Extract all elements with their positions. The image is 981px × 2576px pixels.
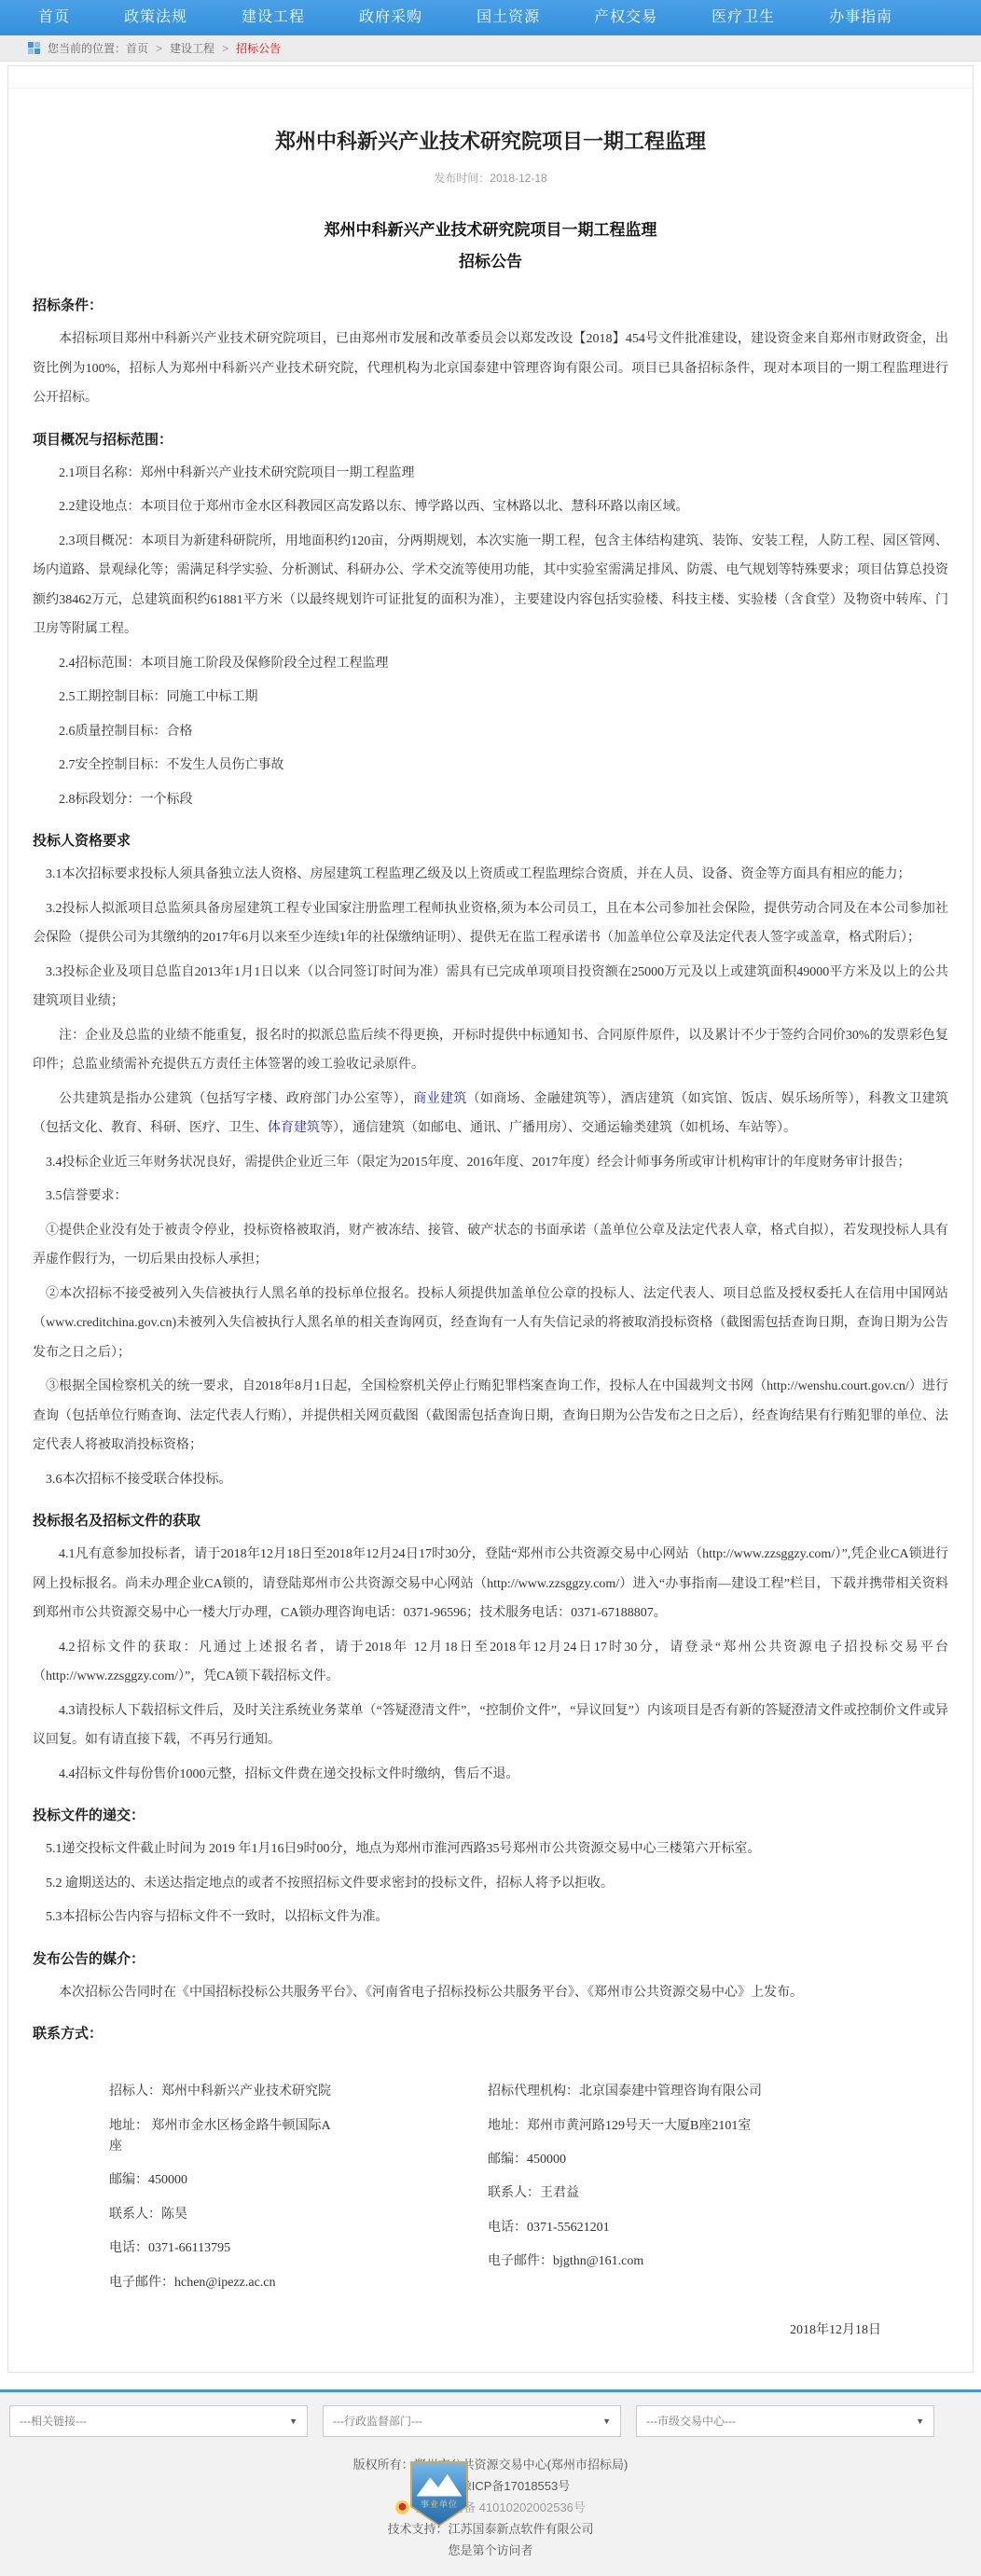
- related-links-select[interactable]: ---相关链接--- ▼: [9, 2405, 308, 2437]
- para-3-3: 3.3投标企业及项目总监自2013年1月1日以来（以合同签订时间为准）需具有已完…: [33, 958, 948, 1017]
- police-badge-icon: [395, 2500, 409, 2514]
- breadcrumb-separator: >: [222, 42, 228, 55]
- para-conditions: 本招标项目郑州中科新兴产业技术研究院项目，已由郑州市发展和改革委员会以郑发改设【…: [33, 325, 948, 413]
- para-3-6: 3.6本次招标不接受联合体投标。: [33, 1465, 948, 1495]
- tenderer-email: 电子邮件：hchen@ipezz.ac.cn: [109, 2273, 333, 2293]
- document-subtitle: 招标公告: [33, 248, 948, 271]
- section-heading-media: 发布公告的媒介：: [33, 1946, 948, 1974]
- nav-item-procurement[interactable]: 政府采购: [332, 0, 449, 35]
- select-label: ---行政监督部门---: [333, 2413, 422, 2429]
- para-2-4: 2.4招标范围：本项目施工阶段及保修阶段全过程工程监理: [33, 649, 948, 679]
- agency-contact-person: 联系人：王君益: [488, 2183, 767, 2204]
- publish-time: 发布时间：2018-12-18: [33, 170, 948, 186]
- agency-postcode: 邮编：450000: [488, 2150, 767, 2170]
- para-credit-3: ③根据全国检察机关的统一要求，自2018年8月1日起，全国检察机关停止行贿犯罪档…: [33, 1372, 948, 1461]
- supervision-departments-select[interactable]: ---行政监督部门--- ▼: [323, 2405, 621, 2437]
- breadcrumb-section[interactable]: 建设工程: [170, 40, 214, 56]
- announcement-body: 招标条件： 本招标项目郑州中科新兴产业技术研究院项目，已由郑州市发展和改革委员会…: [33, 292, 948, 2048]
- para-public-building: 公共建筑是指办公建筑（包括写字楼、政府部门办公室等），商业建筑（如商场、金融建筑…: [33, 1085, 948, 1143]
- content-card: 郑州中科新兴产业技术研究院项目一期工程监理 发布时间：2018-12-18 郑州…: [7, 65, 974, 2373]
- nav-item-construction[interactable]: 建设工程: [214, 0, 332, 35]
- footer-support: 技术支持：江苏国泰新点软件有限公司: [9, 2518, 972, 2540]
- para-4-3: 4.3请投标人下载招标文件后，及时关注系统业务菜单（“答疑澄清文件”，“控制价文…: [33, 1697, 948, 1755]
- select-label: ---市级交易中心---: [646, 2413, 736, 2429]
- agency-email: 电子邮件：bjgthn@161.com: [488, 2251, 767, 2272]
- text-segment: 等），通信建筑（如邮电、通讯、广播用房）、交通运输类建筑（如机场、车站等）。: [320, 1121, 796, 1135]
- chevron-down-icon: ▼: [289, 2417, 297, 2426]
- footer-info: 事业单位 版权所有：郑州市公共资源交易中心(郑州市招标局) 备案号：豫ICP备1…: [9, 2437, 972, 2576]
- breadcrumb-separator: >: [156, 42, 162, 55]
- footer-police-record: 豫公网安备 41010202002536号: [9, 2497, 972, 2518]
- para-3-2: 3.2投标人拟派项目总监须具备房屋建筑工程专业国家注册监理工程师执业资格,须为本…: [33, 894, 948, 953]
- breadcrumb: 您当前的位置： 首页 > 建设工程 > 招标公告: [0, 35, 981, 62]
- footer: ---相关链接--- ▼ ---行政监督部门--- ▼ ---市级交易中心---…: [0, 2392, 981, 2576]
- agency-address: 地址：郑州市黄河路129号天一大厦B座2101室: [488, 2116, 767, 2137]
- text-segment: 公共建筑是指办公建筑（包括写字楼、政府部门办公室等），: [59, 1092, 413, 1106]
- contact-agency-column: 招标代理机构：北京国泰建中管理咨询有限公司 地址：郑州市黄河路129号天一大厦B…: [488, 2069, 767, 2306]
- top-navigation: 首页 政策法规 建设工程 政府采购 国土资源 产权交易 医疗卫生 办事指南: [0, 0, 981, 35]
- institution-badge-label: 事业单位: [412, 2498, 466, 2510]
- para-2-8: 2.8标段划分：一个标段: [33, 785, 948, 815]
- para-credit-2: ②本次招标不接受被列入失信被执行人黑名单的投标单位报名。投标人须提供加盖单位公章…: [33, 1280, 948, 1368]
- mountain-graphic: [417, 2474, 463, 2497]
- city-trade-centers-select[interactable]: ---市级交易中心--- ▼: [636, 2405, 934, 2437]
- para-3-1: 3.1本次招标要求投标人须具备独立法人资格、房屋建筑工程监理乙级及以上资质或工程…: [33, 860, 948, 890]
- para-3-5: 3.5信誉要求：: [33, 1182, 948, 1212]
- page-title: 郑州中科新兴产业技术研究院项目一期工程监理: [33, 126, 948, 155]
- nav-item-property[interactable]: 产权交易: [567, 0, 684, 35]
- footer-link-selects: ---相关链接--- ▼ ---行政监督部门--- ▼ ---市级交易中心---…: [9, 2405, 972, 2437]
- nav-item-policies[interactable]: 政策法规: [97, 0, 214, 35]
- section-heading-overview: 项目概况与招标范围：: [33, 426, 948, 454]
- tenderer-address: 地址： 郑州市金水区杨金路牛顿国际A座: [109, 2116, 333, 2158]
- para-2-3: 2.3项目概况：本项目为新建科研院所，用地面积约120亩，分两期规划，本次实施一…: [33, 527, 948, 644]
- nav-item-home[interactable]: 首页: [11, 0, 97, 35]
- para-2-2: 2.2建设地点：本项目位于郑州市金水区科教园区高发路以东、博学路以西、宝林路以北…: [33, 492, 948, 522]
- chevron-down-icon: ▼: [602, 2417, 611, 2426]
- tenderer-phone: 电话：0371-66113795: [109, 2238, 333, 2259]
- agency-name: 招标代理机构：北京国泰建中管理咨询有限公司: [488, 2082, 767, 2102]
- para-note: 注：企业及总监的业绩不能重复，报名时的拟派总监后续不得更换，开标时提供中标通知书…: [33, 1021, 948, 1080]
- para-4-4: 4.4招标文件每份售价1000元整，招标文件费在递交投标文件时缴纳，售后不退。: [33, 1760, 948, 1790]
- tenderer-name: 招标人：郑州中科新兴产业技术研究院: [109, 2082, 333, 2102]
- breadcrumb-current: 招标公告: [236, 40, 281, 56]
- para-credit-1: ①提供企业没有处于被责令停业，投标资格被取消，财产被冻结、接管、破产状态的书面承…: [33, 1216, 948, 1275]
- para-5-2: 5.2 逾期送达的、未送达指定地点的或者不按照招标文件要求密封的投标文件，招标人…: [33, 1869, 948, 1899]
- tenderer-postcode: 邮编：450000: [109, 2170, 333, 2191]
- nav-item-medical[interactable]: 医疗卫生: [684, 0, 802, 35]
- nav-item-land[interactable]: 国土资源: [449, 0, 567, 35]
- section-heading-qualification: 投标人资格要求: [33, 827, 948, 855]
- para-2-7: 2.7安全控制目标：不发生人员伤亡事故: [33, 751, 948, 781]
- para-3-4: 3.4投标企业近三年财务状况良好，需提供企业近三年（限定为2015年度、2016…: [33, 1148, 948, 1178]
- agency-phone: 电话：0371-55621201: [488, 2218, 767, 2238]
- tenderer-contact-person: 联系人：陈昊: [109, 2205, 333, 2225]
- nav-item-guide[interactable]: 办事指南: [802, 0, 919, 35]
- contact-table: 招标人：郑州中科新兴产业技术研究院 地址： 郑州市金水区杨金路牛顿国际A座 邮编…: [33, 2069, 948, 2306]
- link-commercial-building[interactable]: 商业建筑: [413, 1092, 466, 1106]
- para-2-5: 2.5工期控制目标：同施工中标工期: [33, 683, 948, 713]
- section-heading-conditions: 招标条件：: [33, 292, 948, 320]
- footer-copyright: 版权所有：郑州市公共资源交易中心(郑州市招标局): [9, 2454, 972, 2475]
- para-5-3: 5.3本招标公告内容与招标文件不一致时，以招标文件为准。: [33, 1903, 948, 1932]
- section-heading-contact: 联系方式：: [33, 2020, 948, 2048]
- grid-icon: [28, 42, 40, 54]
- select-label: ---相关链接---: [20, 2413, 87, 2429]
- section-heading-submission: 投标文件的递交：: [33, 1802, 948, 1830]
- para-4-1: 4.1凡有意参加投标者，请于2018年12月18日至2018年12月24日17时…: [33, 1540, 948, 1628]
- para-4-2: 4.2招标文件的获取：凡通过上述报名者，请于2018年 12月18日至2018年…: [33, 1633, 948, 1692]
- para-2-1: 2.1项目名称：郑州中科新兴产业技术研究院项目一期工程监理: [33, 459, 948, 489]
- contact-tenderer-column: 招标人：郑州中科新兴产业技术研究院 地址： 郑州市金水区杨金路牛顿国际A座 邮编…: [109, 2069, 333, 2306]
- para-media: 本次招标公告同时在《中国招标投标公共服务平台》、《河南省电子招标投标公共服务平台…: [33, 1978, 948, 2008]
- document-title: 郑州中科新兴产业技术研究院项目一期工程监理: [33, 217, 948, 242]
- para-5-1: 5.1递交投标文件截止时间为 2019 年1月16日9时00分，地点为郑州市淮河…: [33, 1835, 948, 1864]
- footer-icp: 备案号：豫ICP备17018553号: [9, 2475, 972, 2497]
- section-heading-registration: 投标报名及招标文件的获取: [33, 1507, 948, 1535]
- para-2-6: 2.6质量控制目标：合格: [33, 717, 948, 747]
- card-header-divider: [8, 66, 973, 89]
- breadcrumb-prefix: 您当前的位置：: [48, 40, 126, 56]
- footer-visitor-counter: 您是第个访问者: [9, 2540, 972, 2561]
- link-sports-building[interactable]: 体育建筑: [268, 1121, 320, 1135]
- announcement-date: 2018年12月18日: [33, 2320, 948, 2338]
- chevron-down-icon: ▼: [916, 2417, 924, 2426]
- breadcrumb-home[interactable]: 首页: [126, 40, 148, 56]
